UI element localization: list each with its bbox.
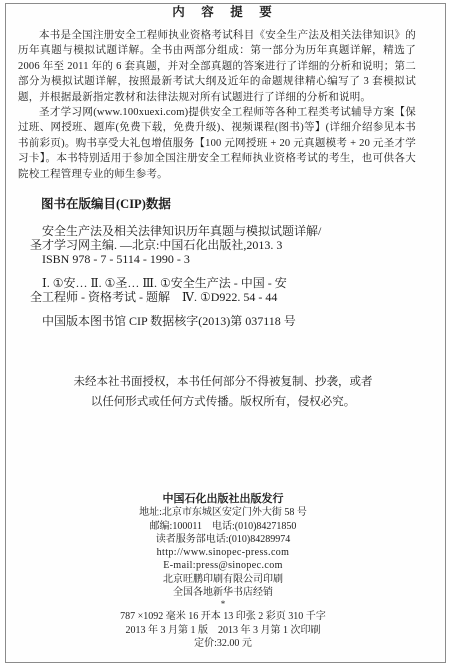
colophon-separator: * (0, 599, 446, 610)
page-title: 内 容 提 要 (0, 2, 446, 20)
publisher-address: 地址:北京市东城区安定门外大街 58 号 (0, 506, 446, 519)
cip-data-section: 图书在版编目(CIP)数据 安全生产法及相关法律知识历年真题与模拟试题详解/ 圣… (28, 197, 428, 328)
cip-heading: 图书在版编目(CIP)数据 (41, 197, 428, 211)
distributor-line: 全国各地新华书店经销 (0, 586, 446, 599)
publisher-email: E-mail:press@sinopec.com (0, 559, 446, 572)
copyright-notice: 未经本社书面授权，本书任何部分不得被复制、抄袭，或者 以任何形式或任何方式传播。… (0, 372, 446, 412)
copyright-notice-line-2: 以任何形式或任何方式传播。版权所有，侵权必究。 (0, 392, 446, 412)
cip-title-line-1: 安全生产法及相关法律知识历年真题与模拟试题详解/ (42, 224, 428, 238)
cip-classification-line-1: Ⅰ. ①安… Ⅱ. ①圣… Ⅲ. ①安全生产法 - 中国 - 安 (42, 276, 428, 290)
cip-classification-line-2: 全工程师 - 资格考试 - 题解 Ⅳ. ①D922. 54 - 44 (30, 290, 428, 304)
cip-record-number: 中国版本图书馆 CIP 数据核字(2013)第 037118 号 (42, 314, 428, 328)
printer-line: 北京旺鹏印刷有限公司印刷 (0, 573, 446, 586)
copyright-notice-line-1: 未经本社书面授权，本书任何部分不得被复制、抄袭，或者 (0, 372, 446, 392)
publisher-website: http://www.sinopec-press.com (0, 546, 446, 559)
cip-isbn: ISBN 978 - 7 - 5114 - 1990 - 3 (42, 252, 428, 266)
price-line: 定价:32.00 元 (0, 637, 446, 650)
format-line: 787 ×1092 毫米 16 开本 13 印张 2 彩页 310 千字 (0, 610, 446, 623)
colophon-section: 中国石化出版社出版发行 地址:北京市东城区安定门外大街 58 号 邮编:1000… (0, 493, 446, 650)
reader-service-phone: 读者服务部电话:(010)84289974 (0, 533, 446, 546)
summary-paragraph-1: 本书是全国注册安全工程师执业资格考试科目《安全生产法及相关法律知识》的历年真题与… (18, 28, 416, 105)
content-summary-section: 本书是全国注册安全工程师执业资格考试科目《安全生产法及相关法律知识》的历年真题与… (18, 28, 416, 182)
postcode-phone: 邮编:100011 电话:(010)84271850 (0, 520, 446, 533)
edition-line: 2013 年 3 月第 1 版 2013 年 3 月第 1 次印刷 (0, 624, 446, 637)
publisher-line: 中国石化出版社出版发行 (0, 493, 446, 506)
cip-title-line-2: 圣才学习网主编. —北京:中国石化出版社,2013. 3 (30, 238, 428, 252)
summary-paragraph-2: 圣才学习网(www.100xuexi.com)提供安全工程师等各种工程类考试辅导… (18, 105, 416, 182)
